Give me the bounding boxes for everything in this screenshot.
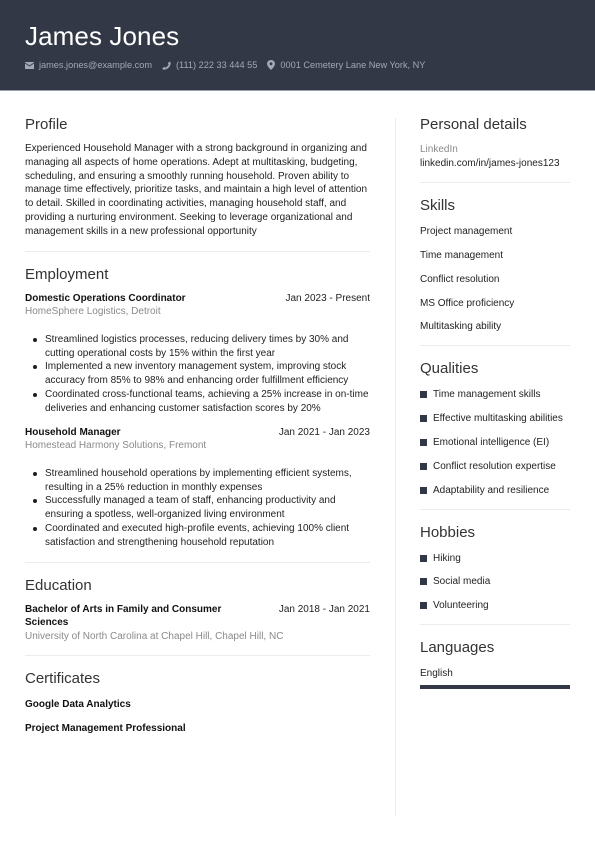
section-divider [420,345,570,346]
achievement-item: Successfully managed a team of staff, en… [25,494,370,522]
quality-text: Conflict resolution expertise [433,460,556,473]
section-title-certificates: Certificates [25,670,370,687]
linkedin-link[interactable]: linkedin.com/in/james-jones123 [420,157,570,171]
achievement-item: Streamlined logistics processes, reducin… [25,333,370,361]
hobby-text: Hiking [433,552,461,565]
achievement-item: Streamlined household operations by impl… [25,467,370,495]
envelope-icon [25,62,34,69]
job-dates: Jan 2021 - Jan 2023 [279,426,370,440]
language-level-fill [420,685,570,689]
employment-section: Employment Domestic Operations Coordinat… [25,266,370,550]
square-bullet-icon [420,578,427,585]
section-divider [25,562,370,563]
section-divider [420,182,570,183]
section-divider [25,251,370,252]
education-section: Education Bachelor of Arts in Family and… [25,577,370,644]
square-bullet-icon [420,415,427,422]
candidate-name: James Jones [25,21,179,52]
quality-item: Adaptability and resilience [420,484,570,497]
skill-item: MS Office proficiency [420,297,570,310]
section-title-languages: Languages [420,639,570,656]
section-title-employment: Employment [25,266,370,283]
quality-item: Conflict resolution expertise [420,460,570,473]
column-divider [395,118,396,816]
square-bullet-icon [420,555,427,562]
qualities-section: Qualities Time management skills Effecti… [420,360,570,496]
hobby-item: Social media [420,575,570,588]
phone-text: (111) 222 33 444 55 [176,60,257,70]
square-bullet-icon [420,487,427,494]
section-title-education: Education [25,577,370,594]
phone-icon [162,61,171,70]
quality-item: Time management skills [420,388,570,401]
profile-summary: Experienced Household Manager with a str… [25,142,370,239]
languages-section: Languages English [420,639,570,689]
job-entry: Domestic Operations Coordinator Jan 2023… [25,292,370,416]
quality-item: Emotional intelligence (EI) [420,436,570,449]
hobbies-section: Hobbies Hiking Social media Volunteering [420,524,570,613]
section-divider [420,624,570,625]
school-name: University of North Carolina at Chapel H… [25,630,370,644]
job-title: Household Manager [25,426,121,440]
contact-row: james.jones@example.com (111) 222 33 444… [25,60,435,70]
language-level-bar [420,685,570,689]
degree-title: Bachelor of Arts in Family and Consumer … [25,603,240,630]
section-divider [25,655,370,656]
skill-item: Time management [420,249,570,262]
skills-section: Skills Project management Time managemen… [420,197,570,333]
square-bullet-icon [420,391,427,398]
achievement-item: Coordinated and executed high-profile ev… [25,522,370,550]
section-title-qualities: Qualities [420,360,570,377]
quality-item: Effective multitasking abilities [420,412,570,425]
job-entry: Household Manager Jan 2021 - Jan 2023 Ho… [25,426,370,550]
language-name: English [420,667,570,680]
resume-header: James Jones james.jones@example.com (111… [0,0,595,91]
job-company: HomeSphere Logistics, Detroit [25,305,370,319]
square-bullet-icon [420,439,427,446]
achievement-item: Implemented a new inventory management s… [25,360,370,388]
contact-email[interactable]: james.jones@example.com [25,60,152,70]
education-dates: Jan 2018 - Jan 2021 [279,603,370,630]
contact-phone[interactable]: (111) 222 33 444 55 [162,60,257,70]
square-bullet-icon [420,463,427,470]
quality-text: Effective multitasking abilities [433,412,563,425]
profile-section: Profile Experienced Household Manager wi… [25,116,370,239]
contact-address: 0001 Cemetery Lane New York, NY [267,60,425,70]
certificates-section: Certificates Google Data Analytics Proje… [25,670,370,735]
sidebar-column: Personal details LinkedIn linkedin.com/i… [420,116,570,689]
job-achievements: Streamlined logistics processes, reducin… [25,333,370,416]
job-dates: Jan 2023 - Present [286,292,371,306]
email-text: james.jones@example.com [39,60,152,70]
job-achievements: Streamlined household operations by impl… [25,467,370,550]
personal-details-section: Personal details LinkedIn linkedin.com/i… [420,116,570,170]
hobby-item: Volunteering [420,599,570,612]
linkedin-label: LinkedIn [420,143,570,157]
quality-text: Adaptability and resilience [433,484,549,497]
section-divider [420,509,570,510]
quality-text: Time management skills [433,388,540,401]
hobby-text: Social media [433,575,490,588]
quality-text: Emotional intelligence (EI) [433,436,549,449]
certificate-item: Google Data Analytics [25,698,370,711]
skill-item: Project management [420,225,570,238]
hobby-text: Volunteering [433,599,489,612]
certificate-item: Project Management Professional [25,722,370,735]
main-column: Profile Experienced Household Manager wi… [25,116,370,746]
hobby-item: Hiking [420,552,570,565]
section-title-skills: Skills [420,197,570,214]
section-title-profile: Profile [25,116,370,133]
skill-item: Multitasking ability [420,320,570,333]
address-text: 0001 Cemetery Lane New York, NY [280,60,425,70]
job-title: Domestic Operations Coordinator [25,292,186,306]
achievement-item: Coordinated cross-functional teams, achi… [25,388,370,416]
square-bullet-icon [420,602,427,609]
job-company: Homestead Harmony Solutions, Fremont [25,439,370,453]
skill-item: Conflict resolution [420,273,570,286]
section-title-hobbies: Hobbies [420,524,570,541]
map-pin-icon [267,60,275,70]
section-title-personal: Personal details [420,116,570,133]
